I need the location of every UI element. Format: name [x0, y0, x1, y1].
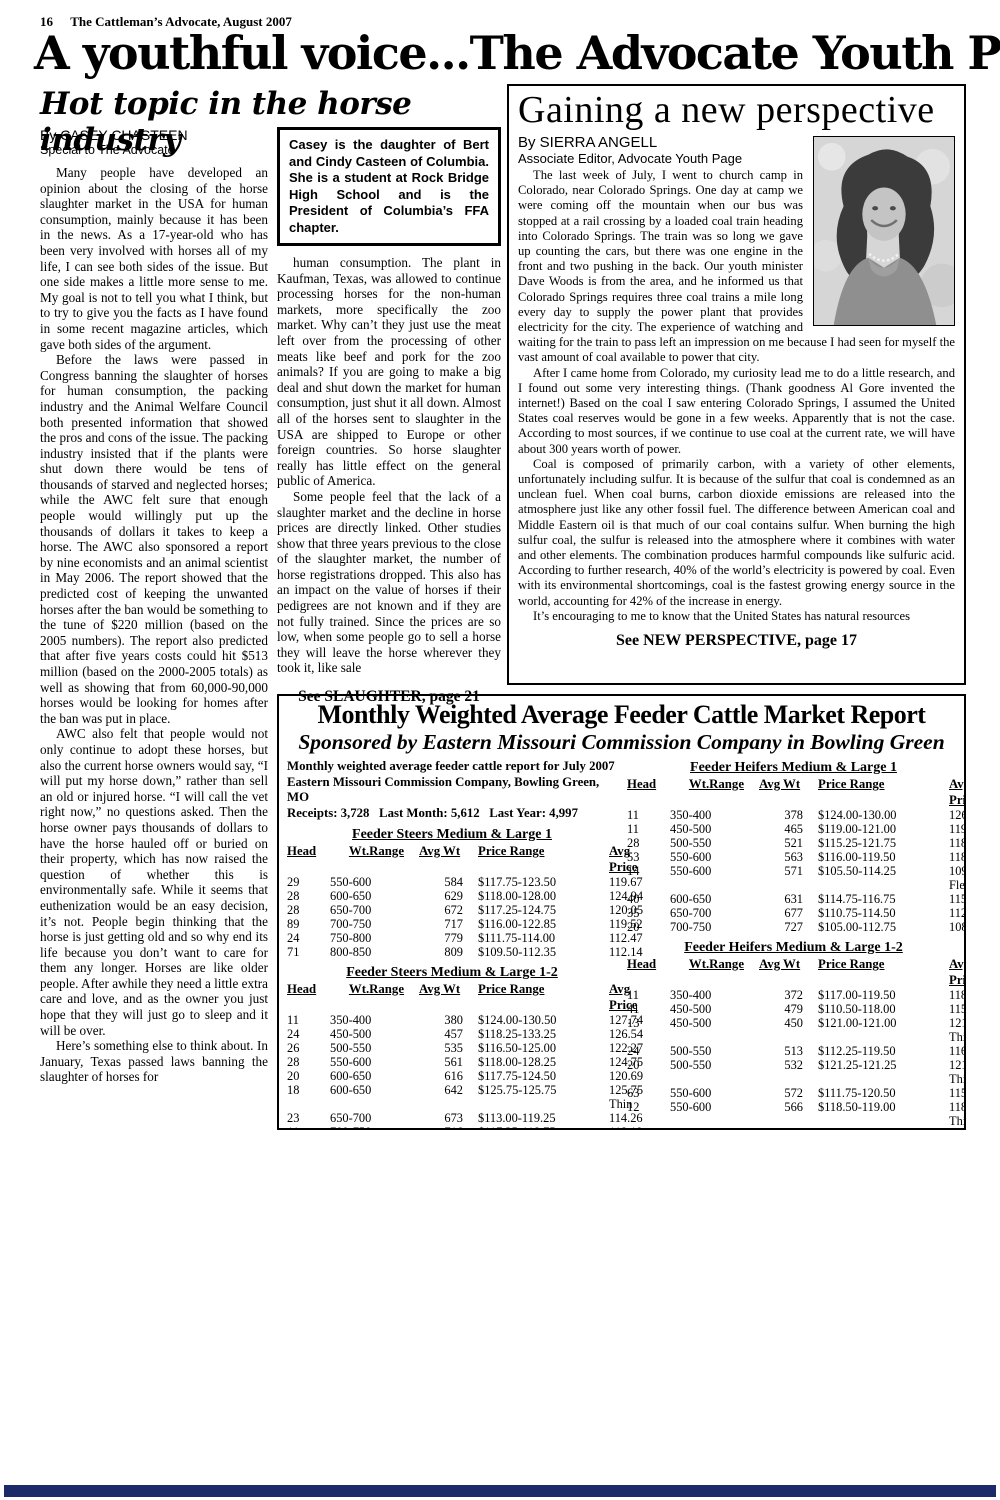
table-row: 29550-600584$117.75-123.50119.67	[287, 875, 617, 889]
paragraph: Before the laws were passed in Congress …	[40, 352, 268, 726]
jump-line-new-perspective: See NEW PERSPECTIVE, page 17	[518, 632, 955, 650]
table-row: 11350-400380$124.00-130.50127.74	[287, 1013, 617, 1027]
column-header: Wt.Range	[330, 843, 412, 875]
table-header-row: HeadWt.RangeAvg WtPrice RangeAvg Price	[287, 843, 617, 875]
column-header: Avg Price	[949, 776, 966, 808]
table-rows: 11350-400378$124.00-130.00126.6611450-50…	[627, 808, 960, 934]
paragraph: human consumption. The plant in Kaufman,…	[277, 255, 501, 489]
column-header: Avg Wt	[419, 981, 471, 1013]
paragraph: Many people have developed an opinion ab…	[40, 165, 268, 352]
table-row: 12550-600566$118.50-119.00118.75 Thin	[627, 1100, 960, 1128]
table-row: 35650-700677$110.75-114.50112.38	[627, 906, 960, 920]
table-feeder-steers-1-2: Feeder Steers Medium & Large 1-2 HeadWt.…	[287, 964, 617, 1130]
left-article-column-1: By CASEY CHASTEEN Special to The Advocat…	[40, 127, 268, 1085]
column-header: Avg Wt	[759, 776, 811, 808]
column-header: Price Range	[818, 956, 942, 988]
photo-sierra-angell	[813, 136, 955, 326]
right-article: Gaining a new perspective By SIERRA ANGE…	[507, 84, 966, 685]
table-row: 14550-600571$105.50-114.25109.26 Fleshy	[627, 864, 960, 892]
table-title: Feeder Heifers Medium & Large 1-2	[627, 939, 960, 956]
author-bio-box: Casey is the daughter of Bert and Cindy …	[277, 127, 501, 246]
table-row: 11700-750716$117.25-118.75118.19	[287, 1125, 617, 1130]
table-row: 26500-550535$116.50-125.00122.27	[287, 1041, 617, 1055]
column-header: Wt.Range	[670, 956, 752, 988]
table-rows: 29550-600584$117.75-123.50119.6728600-65…	[287, 875, 617, 959]
paragraph: Some people feel that the lack of a slau…	[277, 489, 501, 676]
table-row: 11350-400372$117.00-119.50118.38	[627, 988, 960, 1002]
left-article-column-2: Casey is the daughter of Bert and Cindy …	[277, 127, 501, 706]
column-header: Head	[287, 981, 323, 1013]
info-line: Receipts: 3,728 Last Month: 5,612 Last Y…	[287, 806, 617, 822]
paragraph: Coal is composed of primarily carbon, wi…	[518, 457, 955, 609]
table-row: 28600-650629$118.00-128.00124.94	[287, 889, 617, 903]
left-article-byline: By CASEY CHASTEEN	[40, 127, 268, 143]
table-rows: 11350-400380$124.00-130.50127.7424450-50…	[287, 1013, 617, 1130]
paragraph: AWC also felt that people would not only…	[40, 726, 268, 1038]
column-header: Avg Wt	[419, 843, 471, 875]
newspaper-page: 16 The Cattleman’s Advocate, August 2007…	[0, 0, 1000, 1500]
paragraph: It’s encouraging to me to know that the …	[518, 609, 955, 624]
column-header: Avg Wt	[759, 956, 811, 988]
column-header: Head	[627, 956, 663, 988]
column-header: Price Range	[478, 843, 602, 875]
column-header: Avg Price	[949, 956, 966, 988]
table-feeder-steers-1: Feeder Steers Medium & Large 1 HeadWt.Ra…	[287, 826, 617, 959]
table-row: 40600-650631$114.75-116.75115.89	[627, 892, 960, 906]
table-row: 18600-650642$125.75-125.75125.75 Thin	[287, 1083, 617, 1111]
table-row: 24500-550513$112.25-119.50116.01	[627, 1044, 960, 1058]
footer-color-bar	[4, 1485, 996, 1497]
table-row: 11450-500465$119.00-121.00119.67	[627, 822, 960, 836]
left-article-body-col1: Many people have developed an opinion ab…	[40, 165, 268, 1085]
column-header: Wt.Range	[670, 776, 752, 808]
table-row: 24450-500457$118.25-133.25126.54	[287, 1027, 617, 1041]
table-row: 110600-650612$113.25-116.50115.02 Thin	[627, 1128, 960, 1130]
table-rows: 11350-400372$117.00-119.50118.3841450-50…	[627, 988, 960, 1130]
market-report-box: Monthly Weighted Average Feeder Cattle M…	[277, 694, 966, 1130]
table-row: 53550-600563$116.00-119.50118.14	[627, 850, 960, 864]
paragraph: After I came home from Colorado, my curi…	[518, 366, 955, 457]
table-row: 41450-500479$110.50-118.00115.53	[627, 1002, 960, 1016]
table-row: 11350-400378$124.00-130.00126.66	[627, 808, 960, 822]
table-feeder-heifers-1-2: Feeder Heifers Medium & Large 1-2 HeadWt…	[627, 939, 960, 1130]
column-header: Wt.Range	[330, 981, 412, 1013]
table-row: 13450-500450$121.00-121.00121.00 Thin	[627, 1016, 960, 1044]
right-article-headline: Gaining a new perspective	[518, 88, 955, 132]
market-report-right-column: Feeder Heifers Medium & Large 1 HeadWt.R…	[627, 759, 960, 1130]
table-row: 20600-650616$117.75-124.50120.69	[287, 1069, 617, 1083]
market-report-subtitle: Sponsored by Eastern Missouri Commission…	[287, 730, 956, 755]
table-feeder-heifers-1: Feeder Heifers Medium & Large 1 HeadWt.R…	[627, 759, 960, 934]
left-article-body-col2: human consumption. The plant in Kaufman,…	[277, 255, 501, 676]
table-row: 20500-550532$121.25-121.25121.25 Thin	[627, 1058, 960, 1086]
info-line: Monthly weighted average feeder cattle r…	[287, 759, 617, 775]
table-title: Feeder Steers Medium & Large 1	[287, 826, 617, 843]
table-header-row: HeadWt.RangeAvg WtPrice RangeAvg Price	[627, 776, 960, 808]
table-row: 24750-800779$111.75-114.00112.47	[287, 931, 617, 945]
table-header-row: HeadWt.RangeAvg WtPrice RangeAvg Price	[627, 956, 960, 988]
table-row: 23650-700673$113.00-119.25114.26	[287, 1111, 617, 1125]
left-article-byline-role: Special to The Advocate	[40, 143, 268, 157]
table-row: 71800-850809$109.50-112.35112.14	[287, 945, 617, 959]
portrait-photo-placeholder	[814, 137, 954, 325]
table-row: 89700-750717$116.00-122.85119.52	[287, 917, 617, 931]
market-report-left-column: Monthly weighted average feeder cattle r…	[287, 759, 617, 1130]
market-report-title: Monthly Weighted Average Feeder Cattle M…	[287, 700, 956, 730]
column-header: Price Range	[478, 981, 602, 1013]
column-header: Head	[287, 843, 323, 875]
main-headline: A youthful voice...The Advocate Youth Pa…	[34, 26, 992, 80]
table-title: Feeder Steers Medium & Large 1-2	[287, 964, 617, 981]
market-report-info: Monthly weighted average feeder cattle r…	[287, 759, 617, 821]
info-line: Eastern Missouri Commission Company, Bow…	[287, 775, 617, 806]
table-header-row: HeadWt.RangeAvg WtPrice RangeAvg Price	[287, 981, 617, 1013]
table-row: 28650-700672$117.25-124.75120.05	[287, 903, 617, 917]
column-header: Price Range	[818, 776, 942, 808]
paragraph: Here’s something else to think about. In…	[40, 1038, 268, 1085]
table-row: 20700-750727$105.00-112.75108.78	[627, 920, 960, 934]
table-title: Feeder Heifers Medium & Large 1	[627, 759, 960, 776]
table-row: 28500-550521$115.25-121.75118.12	[627, 836, 960, 850]
table-row: 28550-600561$118.00-128.25124.75	[287, 1055, 617, 1069]
column-header: Head	[627, 776, 663, 808]
table-row: 63550-600572$111.75-120.50115.51	[627, 1086, 960, 1100]
